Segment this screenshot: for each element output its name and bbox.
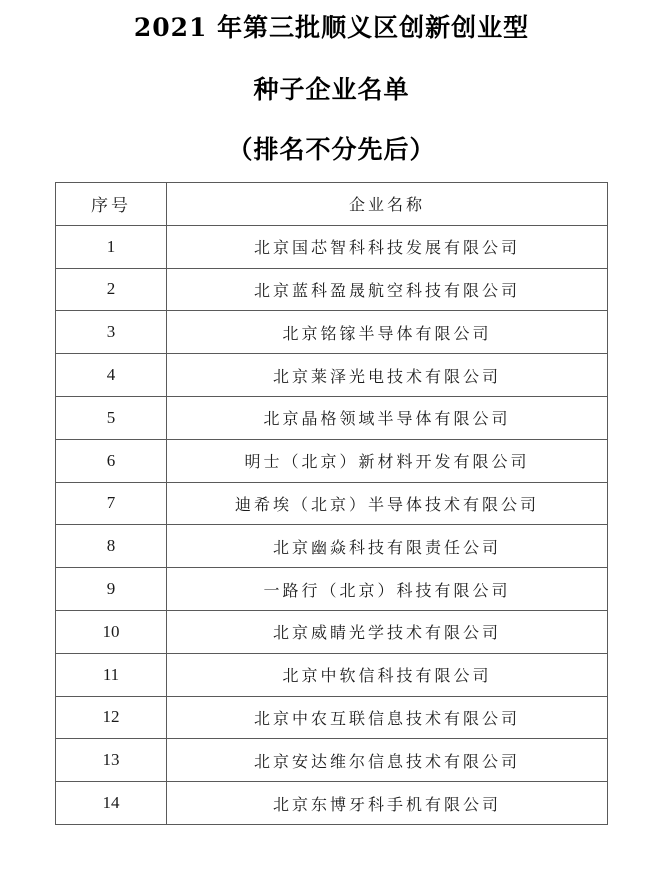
serial-number-cell: 6 bbox=[56, 439, 167, 482]
table-row: 6明士（北京）新材料开发有限公司 bbox=[56, 439, 608, 482]
serial-number-cell: 11 bbox=[56, 653, 167, 696]
company-name-cell: 北京国芯智科科技发展有限公司 bbox=[167, 225, 608, 268]
table-row: 14北京东博牙科手机有限公司 bbox=[56, 782, 608, 825]
serial-number-cell: 8 bbox=[56, 525, 167, 568]
document-title-line-1: 2021 年第三批顺义区创新创业型 bbox=[0, 8, 663, 44]
company-list-table: 序号 企业名称 1北京国芯智科科技发展有限公司2北京蓝科盈晟航空科技有限公司3北… bbox=[55, 182, 608, 825]
table-row: 3北京铭镓半导体有限公司 bbox=[56, 311, 608, 354]
company-name-cell: 北京东博牙科手机有限公司 bbox=[167, 782, 608, 825]
header-serial-number: 序号 bbox=[56, 183, 167, 226]
serial-number-cell: 13 bbox=[56, 739, 167, 782]
company-name-cell: 北京威睛光学技术有限公司 bbox=[167, 610, 608, 653]
table-row: 8北京幽焱科技有限责任公司 bbox=[56, 525, 608, 568]
company-name-cell: 北京晶格领域半导体有限公司 bbox=[167, 396, 608, 439]
serial-number-cell: 9 bbox=[56, 568, 167, 611]
table-row: 1北京国芯智科科技发展有限公司 bbox=[56, 225, 608, 268]
company-name-cell: 北京幽焱科技有限责任公司 bbox=[167, 525, 608, 568]
header-company-name: 企业名称 bbox=[167, 183, 608, 226]
company-name-cell: 迪希埃（北京）半导体技术有限公司 bbox=[167, 482, 608, 525]
serial-number-cell: 5 bbox=[56, 396, 167, 439]
company-name-cell: 北京莱泽光电技术有限公司 bbox=[167, 354, 608, 397]
table-row: 5北京晶格领域半导体有限公司 bbox=[56, 396, 608, 439]
table-row: 7迪希埃（北京）半导体技术有限公司 bbox=[56, 482, 608, 525]
serial-number-cell: 14 bbox=[56, 782, 167, 825]
serial-number-cell: 12 bbox=[56, 696, 167, 739]
table-row: 12北京中农互联信息技术有限公司 bbox=[56, 696, 608, 739]
table-row: 11北京中软信科技有限公司 bbox=[56, 653, 608, 696]
company-name-cell: 一路行（北京）科技有限公司 bbox=[167, 568, 608, 611]
table-header-row: 序号 企业名称 bbox=[56, 183, 608, 226]
company-name-cell: 北京中农互联信息技术有限公司 bbox=[167, 696, 608, 739]
company-name-cell: 明士（北京）新材料开发有限公司 bbox=[167, 439, 608, 482]
serial-number-cell: 1 bbox=[56, 225, 167, 268]
company-name-cell: 北京中软信科技有限公司 bbox=[167, 653, 608, 696]
serial-number-cell: 3 bbox=[56, 311, 167, 354]
document-subtitle: （排名不分先后） bbox=[0, 130, 663, 166]
serial-number-cell: 10 bbox=[56, 610, 167, 653]
company-name-cell: 北京安达维尔信息技术有限公司 bbox=[167, 739, 608, 782]
document-title-line-2: 种子企业名单 bbox=[0, 70, 663, 106]
table-row: 10北京威睛光学技术有限公司 bbox=[56, 610, 608, 653]
table-row: 4北京莱泽光电技术有限公司 bbox=[56, 354, 608, 397]
company-name-cell: 北京蓝科盈晟航空科技有限公司 bbox=[167, 268, 608, 311]
serial-number-cell: 7 bbox=[56, 482, 167, 525]
table-row: 9一路行（北京）科技有限公司 bbox=[56, 568, 608, 611]
table-row: 13北京安达维尔信息技术有限公司 bbox=[56, 739, 608, 782]
company-name-cell: 北京铭镓半导体有限公司 bbox=[167, 311, 608, 354]
table-row: 2北京蓝科盈晟航空科技有限公司 bbox=[56, 268, 608, 311]
serial-number-cell: 4 bbox=[56, 354, 167, 397]
serial-number-cell: 2 bbox=[56, 268, 167, 311]
